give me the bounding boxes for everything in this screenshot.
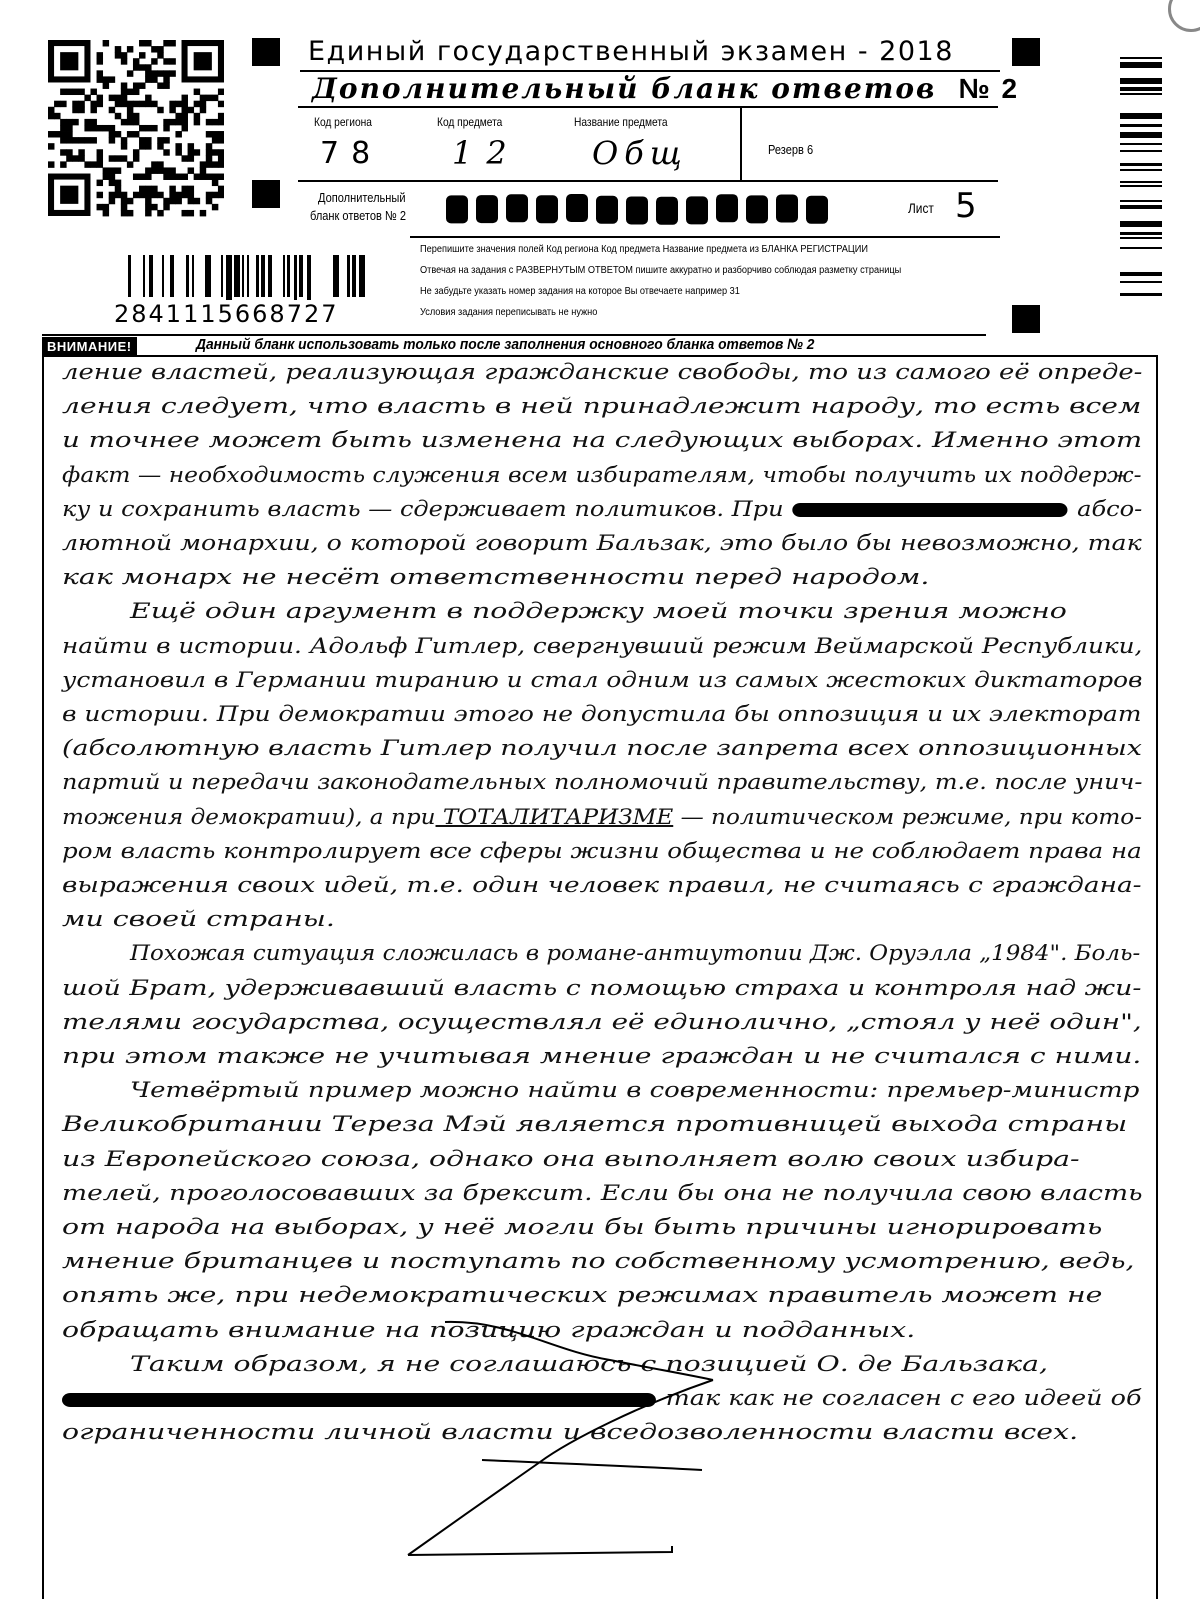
handwritten-line: Четвёртый пример можно найти в современн… — [130, 1078, 1139, 1102]
handwritten-text: партий и передачи законодательных полном… — [62, 770, 1143, 794]
divider — [298, 106, 998, 108]
handwritten-line: ления следует, что власть в ней принадле… — [62, 394, 1141, 418]
handwritten-text: ми своей страны. — [62, 907, 335, 931]
attention-badge: ВНИМАНИЕ! — [42, 337, 137, 356]
form-title: Дополнительный бланк ответов№ 2 — [312, 72, 1019, 105]
reserve-label: Резерв 6 — [768, 142, 813, 157]
handwritten-line: из Европейского союза, однако она выполн… — [62, 1147, 1080, 1171]
handwritten-text: Похожая ситуация сложилась в романе-анти… — [130, 941, 1140, 965]
handwritten-text: мнение британцев и поступать по собствен… — [62, 1249, 1135, 1273]
alignment-marker — [1012, 38, 1040, 66]
handwritten-text: телей, проголосовавших за брексит. Если … — [62, 1181, 1142, 1205]
alignment-marker — [252, 180, 280, 208]
form-title-text: Дополнительный бланк ответов — [312, 72, 936, 105]
sheet-number-field[interactable]: 5 — [955, 186, 991, 226]
divider — [740, 106, 742, 180]
handwritten-text: так как не согласен с его идеей об — [666, 1386, 1142, 1410]
handwritten-line: и точнее может быть изменена на следующи… — [62, 428, 1142, 452]
handwritten-text: и точнее может быть изменена на следующи… — [62, 428, 1142, 452]
extra-form-label-1: Дополнительный — [318, 190, 406, 205]
handwritten-text: как монарх не несёт ответственности пере… — [62, 565, 929, 589]
instruction-line: Перепишите значения полей Код региона Ко… — [420, 244, 868, 255]
handwritten-line: ром власть контролирует все сферы жизни … — [62, 839, 1142, 863]
subject-name-label: Название предмета — [574, 115, 668, 129]
divider — [410, 236, 1000, 238]
handwritten-text: ления следует, что власть в ней принадле… — [62, 394, 1141, 418]
qr-code — [48, 40, 224, 218]
underlined-term: ТОТАЛИТАРИЗМЕ — [436, 805, 674, 829]
subject-code-label: Код предмета — [437, 115, 502, 129]
handwritten-text: при этом также не учитывая мнение гражда… — [62, 1044, 1141, 1068]
attention-text: Данный бланк использовать только после з… — [196, 336, 814, 353]
handwritten-text: из Европейского союза, однако она выполн… — [62, 1147, 1080, 1171]
handwritten-text: ром власть контролирует все сферы жизни … — [62, 839, 1142, 863]
handwritten-line: мнение британцев и поступать по собствен… — [62, 1249, 1135, 1273]
handwritten-line: ми своей страны. — [62, 907, 335, 931]
handwritten-text: (абсолютную власть Гитлер получил после … — [62, 736, 1142, 760]
alignment-marker — [252, 38, 280, 66]
crossed-out-text — [793, 503, 1068, 517]
handwritten-text: телями государства, осуществлял её едино… — [62, 1010, 1142, 1034]
handwritten-line: как монарх не несёт ответственности пере… — [62, 565, 929, 589]
handwritten-text: лютной монархии, о которой говорит Бальз… — [62, 531, 1142, 555]
handwritten-text: факт — необходимость служения всем избир… — [62, 463, 1142, 487]
handwritten-line: телями государства, осуществлял её едино… — [62, 1010, 1142, 1034]
handwritten-line: (абсолютную власть Гитлер получил после … — [62, 736, 1142, 760]
region-code-field[interactable]: 78 — [320, 136, 382, 171]
instruction-line: Отвечая на задания с РАЗВЕРНУТЫМ ОТВЕТОМ… — [420, 265, 901, 276]
handwritten-text: шой Брат, удерживавший власть с помощью … — [62, 976, 1141, 1000]
region-code-label: Код региона — [314, 115, 372, 129]
handwritten-line: партий и передачи законодательных полном… — [62, 770, 1143, 794]
handwritten-line: выражения своих идей, т.е. один человек … — [62, 873, 1142, 897]
handwritten-text: от народа на выборах, у неё могли бы быт… — [62, 1215, 1102, 1239]
handwritten-line: Похожая ситуация сложилась в романе-анти… — [130, 941, 1140, 965]
handwritten-line: при этом также не учитывая мнение гражда… — [62, 1044, 1141, 1068]
instruction-line: Не забудьте указать номер задания на кот… — [420, 286, 740, 297]
handwritten-text: найти в истории. Адольф Гитлер, свергнув… — [62, 634, 1142, 658]
handwritten-text: ление властей, реализующая гражданские с… — [62, 360, 1142, 384]
handwritten-line: ление властей, реализующая гражданские с… — [62, 360, 1142, 384]
handwritten-line: факт — необходимость служения всем избир… — [62, 463, 1142, 487]
handwritten-line: от народа на выборах, у неё могли бы быт… — [62, 1215, 1102, 1239]
handwritten-line: Великобритании Тереза Мэй является проти… — [62, 1112, 1127, 1136]
handwritten-text: установил в Германии тиранию и стал одни… — [62, 668, 1142, 692]
sheet-label: Лист — [908, 200, 934, 216]
handwritten-text: тожения демократии), а при — [62, 805, 436, 829]
extra-form-label-2: бланк ответов № 2 — [310, 208, 406, 223]
exam-title: Единый государственный экзамен - 2018 — [308, 36, 954, 67]
handwritten-line: шой Брат, удерживавший власть с помощью … — [62, 976, 1141, 1000]
vertical-barcode — [1120, 57, 1162, 305]
handwritten-text: Великобритании Тереза Мэй является проти… — [62, 1112, 1127, 1136]
barcode-number: 2841115668727 — [112, 300, 341, 328]
handwritten-text: — политическом режиме, при кото- — [673, 805, 1142, 829]
handwritten-text: выражения своих идей, т.е. один человек … — [62, 873, 1142, 897]
handwritten-text: Четвёртый пример можно найти в современн… — [130, 1078, 1139, 1102]
handwritten-line: тожения демократии), а при ТОТАЛИТАРИЗМЕ… — [62, 805, 1142, 829]
handwritten-line: Ещё один аргумент в поддержку моей точки… — [130, 599, 1067, 623]
handwritten-text: в истории. При демократии этого не допус… — [62, 702, 1141, 726]
handwritten-line: найти в истории. Адольф Гитлер, свергнув… — [62, 634, 1142, 658]
subject-code-field[interactable]: 12 — [452, 134, 521, 172]
divider — [298, 180, 998, 182]
z-strikeout-mark — [400, 1290, 720, 1560]
alignment-marker — [1012, 305, 1040, 333]
handwritten-line: лютной монархии, о которой говорит Бальз… — [62, 531, 1142, 555]
instruction-line: Условия задания переписывать не нужно — [420, 307, 597, 318]
handwritten-line: ку и сохранить власть — сдерживает полит… — [62, 497, 1142, 521]
page-corner-curl — [1168, 0, 1200, 32]
subject-name-field[interactable]: Общ — [592, 134, 688, 172]
handwritten-line: установил в Германии тиранию и стал одни… — [62, 668, 1142, 692]
form-number: № 2 — [958, 73, 1019, 104]
handwritten-text: ку и сохранить власть — сдерживает полит… — [62, 497, 784, 521]
extra-form-number-redacted — [442, 192, 842, 226]
handwritten-text: абсо- — [1077, 497, 1142, 521]
handwritten-line: в истории. При демократии этого не допус… — [62, 702, 1141, 726]
handwritten-line: телей, проголосовавших за брексит. Если … — [62, 1181, 1142, 1205]
handwritten-text: Ещё один аргумент в поддержку моей точки… — [130, 599, 1067, 623]
